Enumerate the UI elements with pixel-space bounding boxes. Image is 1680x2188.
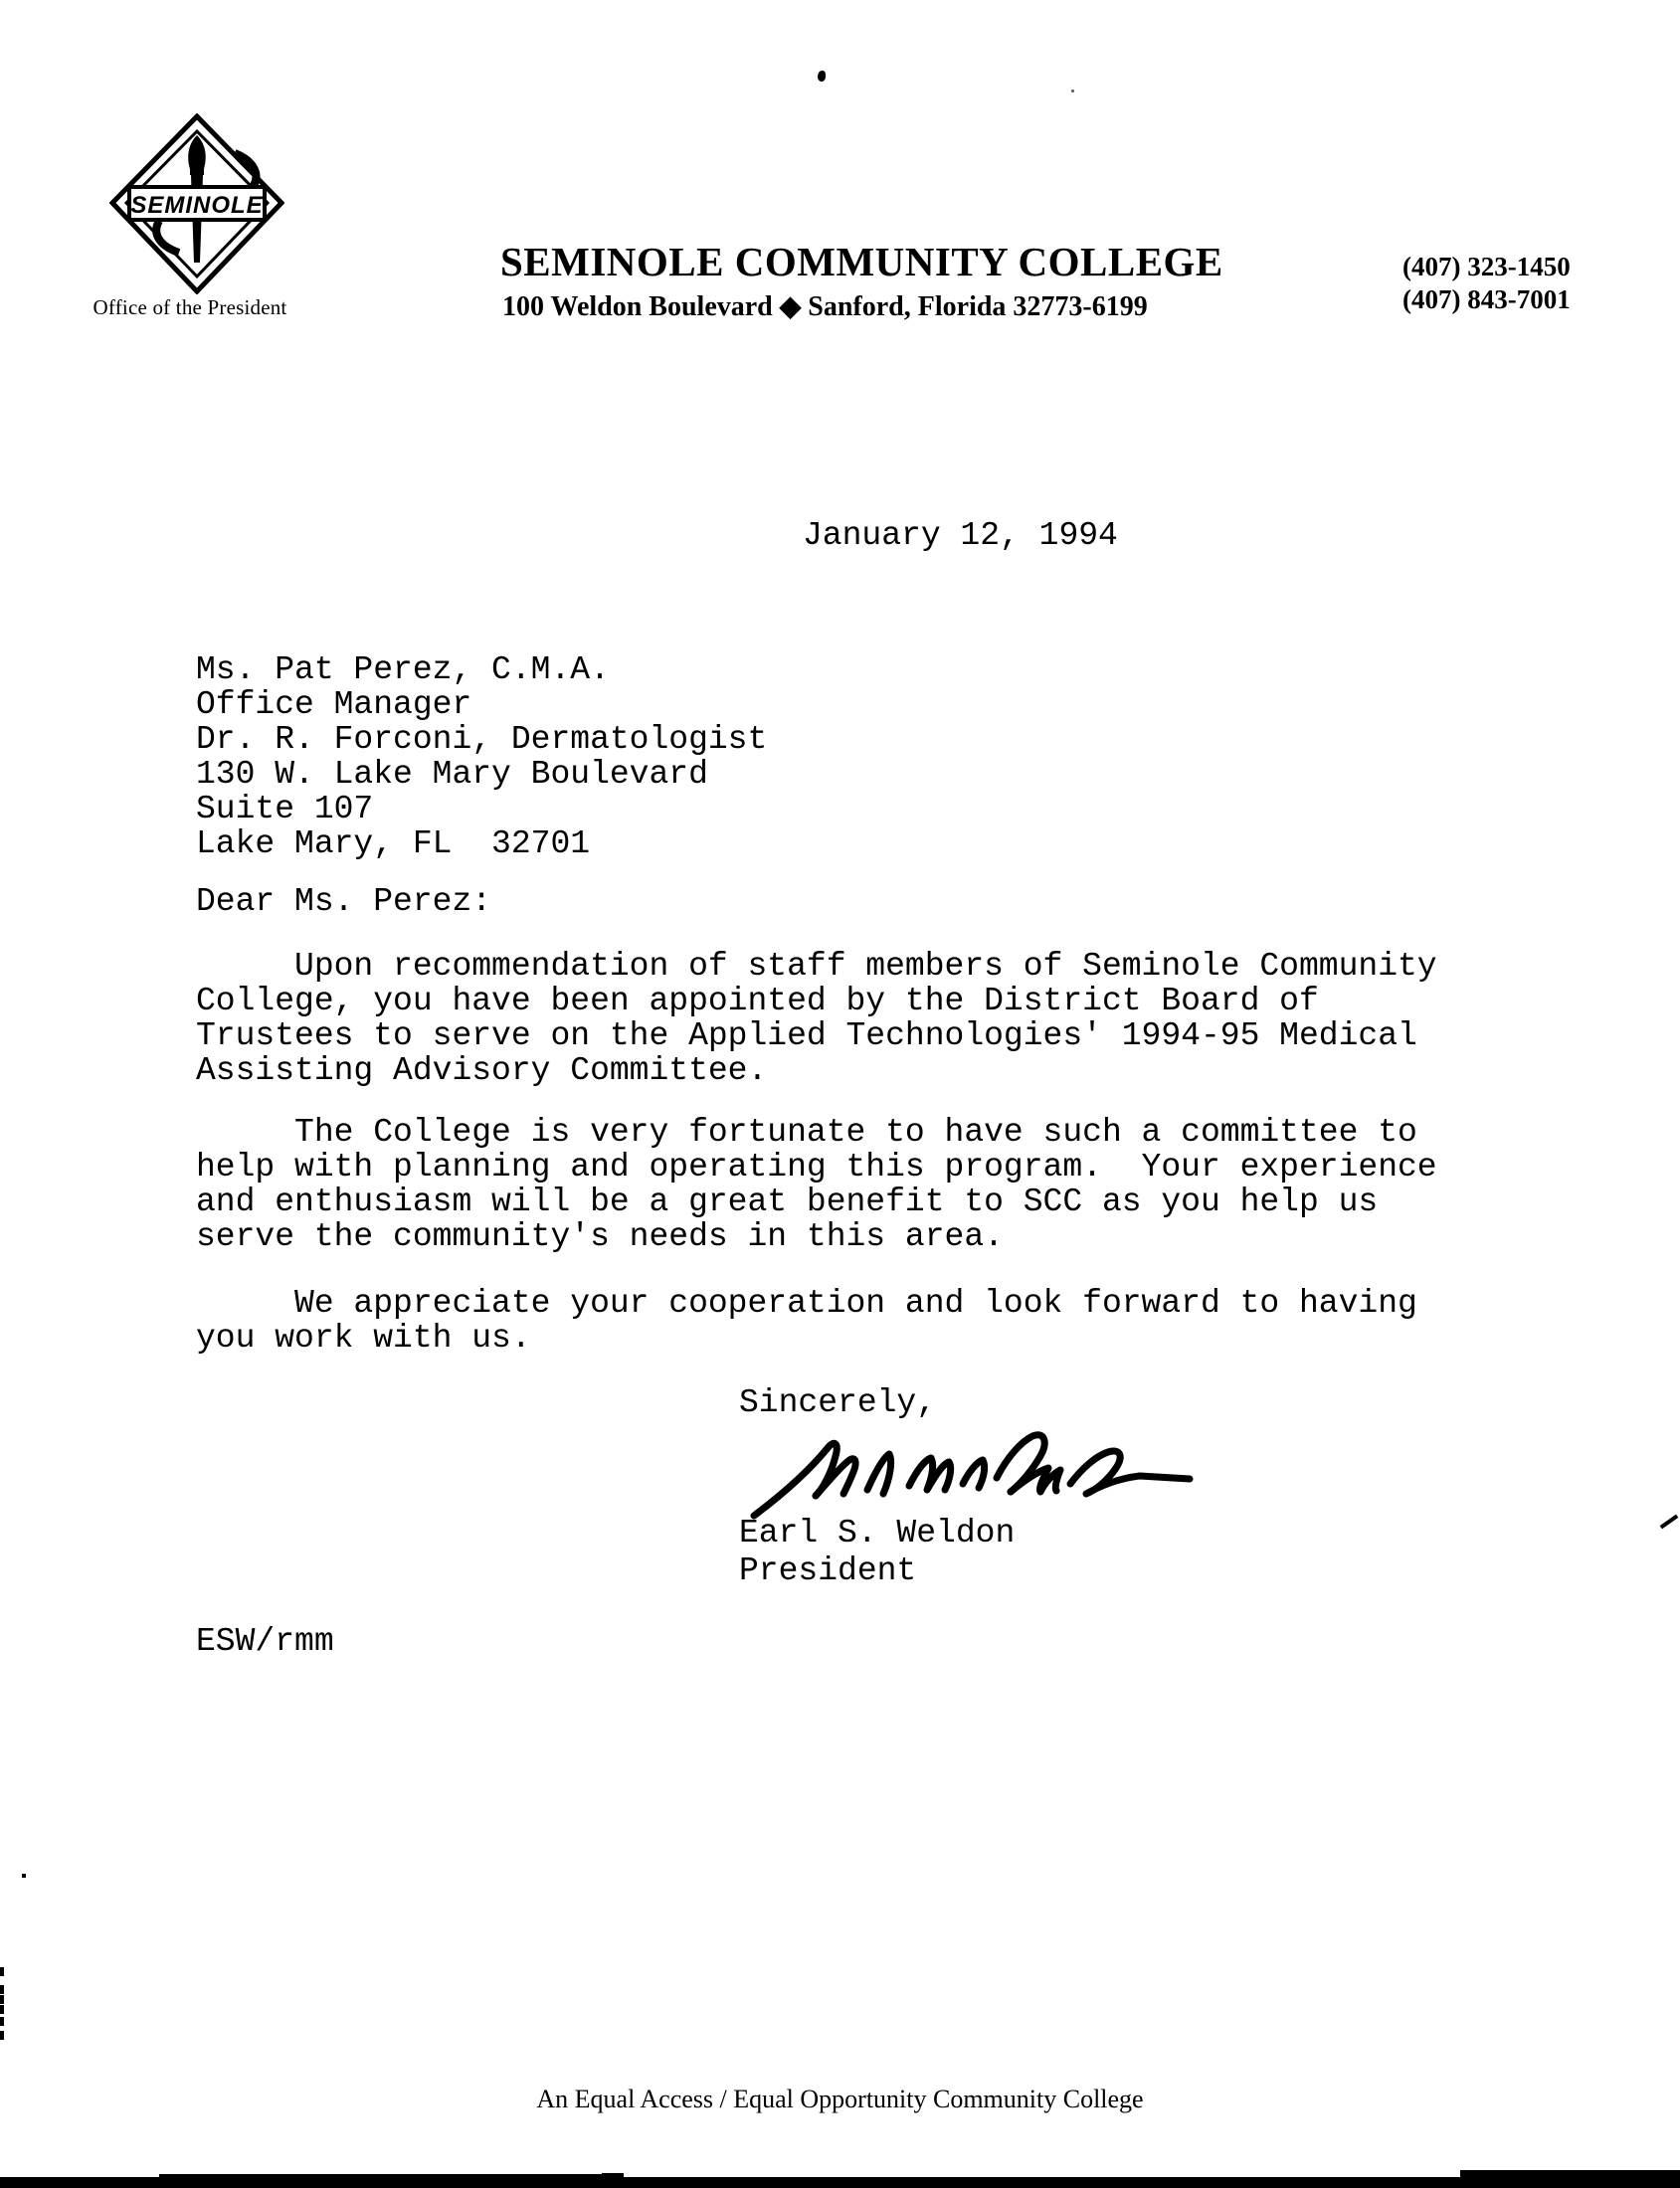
equal-opportunity-footer: An Equal Access / Equal Opportunity Comm… <box>0 2085 1680 2114</box>
college-logo: SEMINOLE <box>109 113 284 294</box>
paragraph-1: Upon recommendation of staff members of … <box>196 949 1437 1088</box>
closing-sincerely: Sincerely, <box>739 1385 936 1420</box>
text-line: Lake Mary, FL 32701 <box>196 826 767 861</box>
reference-initials: ESW/rmm <box>196 1624 334 1659</box>
college-name: SEMINOLE COMMUNITY COLLEGE <box>500 238 1223 285</box>
scan-dot-bottom-left <box>22 1874 26 1878</box>
scan-dot-top-right <box>1071 90 1074 92</box>
college-address: 100 Weldon Boulevard ◆ Sanford, Florida … <box>502 289 1148 323</box>
recipient-address-block: Ms. Pat Perez, C.M.A.Office ManagerDr. R… <box>196 652 767 861</box>
text-line: Earl S. Weldon <box>739 1515 1015 1552</box>
scan-edge-dash <box>0 1995 4 2004</box>
text-line: Suite 107 <box>196 792 767 826</box>
scan-edge-dash <box>0 1967 4 1976</box>
scan-slash-right-edge <box>1660 1515 1679 1530</box>
text-line: Assisting Advisory Committee. <box>196 1053 1437 1088</box>
text-line: Trustees to serve on the Applied Technol… <box>196 1018 1437 1053</box>
scanned-letter-page: { "letterhead": { "logo_text": "SEMINOLE… <box>0 0 1680 2188</box>
scan-speck-top <box>818 71 826 82</box>
text-line: Ms. Pat Perez, C.M.A. <box>196 652 767 687</box>
text-line: you work with us. <box>196 1321 1417 1356</box>
signer-name-title-block: Earl S. WeldonPresident <box>739 1515 1015 1590</box>
scan-bottom-bar-thin-segment <box>159 2174 617 2178</box>
handwritten-signature <box>748 1428 1196 1520</box>
paragraph-2: The College is very fortunate to have su… <box>196 1115 1437 1254</box>
phone-number-1: (407) 323-1450 <box>1402 251 1571 283</box>
scan-bottom-bar-right-segment <box>1460 2170 1680 2188</box>
scan-edge-dash <box>0 2005 4 2014</box>
text-line: We appreciate your cooperation and look … <box>196 1286 1417 1321</box>
seminole-diamond-logo-icon: SEMINOLE <box>109 113 284 294</box>
paragraph-3: We appreciate your cooperation and look … <box>196 1286 1417 1356</box>
text-line: Dr. R. Forconi, Dermatologist <box>196 722 767 757</box>
text-line: College, you have been appointed by the … <box>196 984 1437 1018</box>
svg-text:SEMINOLE: SEMINOLE <box>130 192 263 219</box>
phone-numbers: (407) 323-1450 (407) 843-7001 <box>1402 251 1571 316</box>
text-line: and enthusiasm will be a great benefit t… <box>196 1185 1437 1219</box>
scan-bottom-bar <box>0 2177 1680 2188</box>
text-line: The College is very fortunate to have su… <box>196 1115 1437 1150</box>
text-line: help with planning and operating this pr… <box>196 1150 1437 1185</box>
salutation: Dear Ms. Perez: <box>196 884 491 919</box>
text-line: Office Manager <box>196 687 767 722</box>
scan-edge-dash <box>0 2017 4 2026</box>
signature-icon <box>748 1428 1196 1520</box>
text-line: 130 W. Lake Mary Boulevard <box>196 757 767 792</box>
office-of-president-label: Office of the President <box>70 295 310 320</box>
phone-number-2: (407) 843-7001 <box>1402 283 1571 316</box>
letter-date: January 12, 1994 <box>803 518 1118 553</box>
scan-edge-dash <box>0 1985 4 1994</box>
text-line: serve the community's needs in this area… <box>196 1219 1437 1254</box>
scan-edge-dash <box>0 2031 4 2040</box>
text-line: President <box>739 1552 1015 1590</box>
text-line: Upon recommendation of staff members of … <box>196 949 1437 984</box>
